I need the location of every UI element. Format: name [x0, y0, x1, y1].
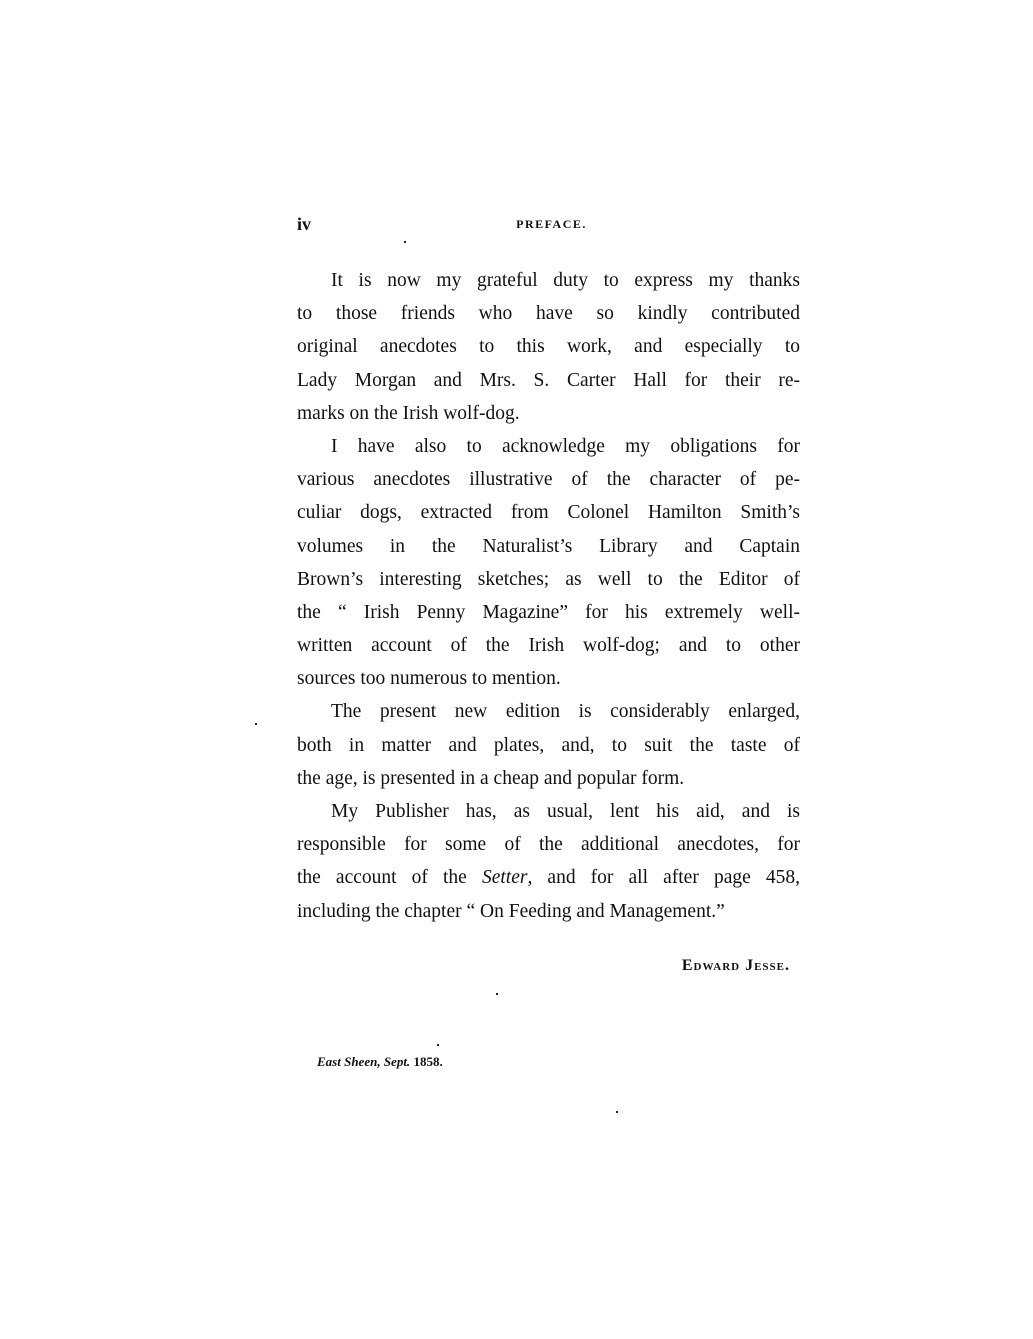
- text-line: volumes in the Naturalist’s Library and …: [297, 530, 800, 563]
- text-line: written account of the Irish wolf-dog; a…: [297, 629, 800, 662]
- dateline-year: 1858.: [410, 1054, 443, 1069]
- text-line: It is now my grateful duty to express my…: [297, 264, 800, 297]
- text-line: My Publisher has, as usual, lent his aid…: [297, 795, 800, 828]
- text-line: sources too numerous to mention.: [297, 662, 800, 695]
- running-head: iv PREFACE.: [297, 214, 800, 238]
- book-page: iv PREFACE. It is now my grateful duty t…: [297, 0, 800, 1339]
- text-line: various anecdotes illustrative of the ch…: [297, 463, 800, 496]
- paragraph-thanks: It is now my grateful duty to express my…: [297, 264, 800, 430]
- scan-speck: [616, 1111, 618, 1113]
- scan-speck: [255, 723, 257, 725]
- text-line: the age, is presented in a cheap and pop…: [297, 762, 800, 795]
- text-line: marks on the Irish wolf-dog.: [297, 397, 800, 430]
- author-signature: Edward Jesse.: [682, 957, 790, 975]
- text-segment: , and for all after page 458,: [527, 867, 800, 888]
- text-line: I have also to acknowledge my obligation…: [297, 430, 800, 463]
- text-line: culiar dogs, extracted from Colonel Hami…: [297, 496, 800, 529]
- italic-setter: Setter: [482, 867, 527, 888]
- paragraph-acknowledgements: I have also to acknowledge my obligation…: [297, 430, 800, 696]
- text-line: including the chapter “ On Feeding and M…: [297, 895, 800, 928]
- text-line: to those friends who have so kindly cont…: [297, 297, 800, 330]
- text-line: original anecdotes to this work, and esp…: [297, 330, 800, 363]
- text-segment: the account of the: [297, 867, 482, 888]
- preface-body: It is now my grateful duty to express my…: [297, 264, 800, 928]
- text-line: responsible for some of the additional a…: [297, 828, 800, 861]
- text-line: the “ Irish Penny Magazine” for his extr…: [297, 596, 800, 629]
- scan-speck: [404, 241, 406, 243]
- scan-speck: [437, 1044, 439, 1046]
- paragraph-new-edition: The present new edition is considerably …: [297, 695, 800, 795]
- text-line: the account of the Setter, and for all a…: [297, 861, 800, 894]
- text-line: both in matter and plates, and, to suit …: [297, 729, 800, 762]
- running-title: PREFACE.: [297, 217, 800, 232]
- text-line: Lady Morgan and Mrs. S. Carter Hall for …: [297, 364, 800, 397]
- dateline-place: East Sheen, Sept.: [317, 1054, 410, 1069]
- dateline: East Sheen, Sept. 1858.: [317, 1054, 443, 1070]
- text-line: Brown’s interesting sketches; as well to…: [297, 563, 800, 596]
- scan-speck: [496, 993, 498, 995]
- text-line: The present new edition is considerably …: [297, 695, 800, 728]
- paragraph-publisher: My Publisher has, as usual, lent his aid…: [297, 795, 800, 928]
